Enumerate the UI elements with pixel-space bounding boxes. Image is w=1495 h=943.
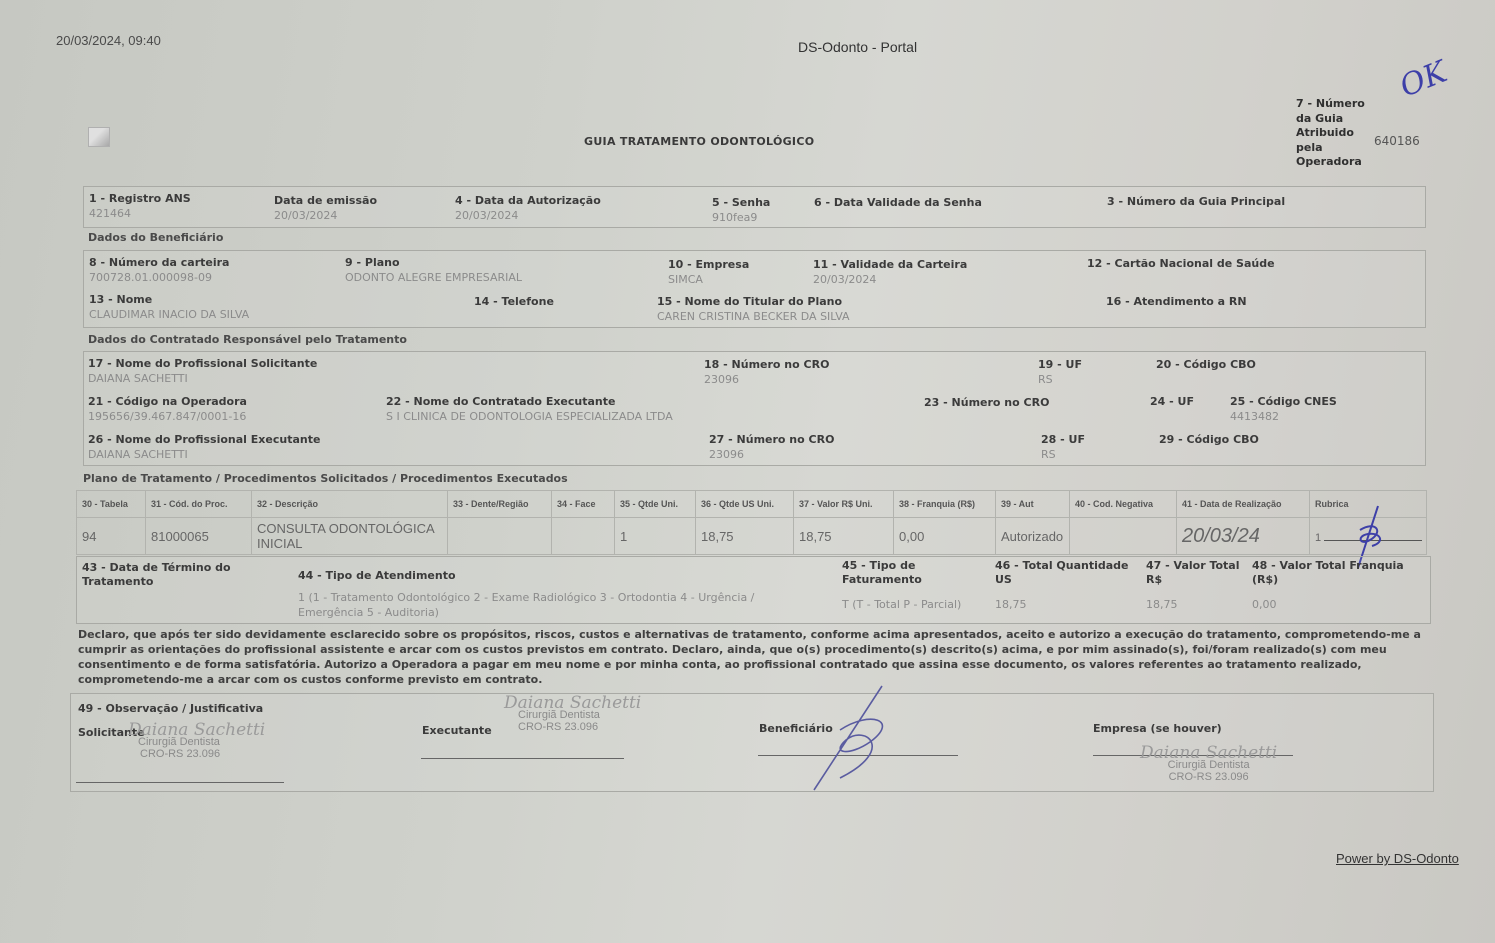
col-codigo: 31 - Cód. do Proc.	[146, 491, 252, 518]
stamp-cro: CRO-RS 23.096	[1140, 771, 1277, 783]
total-quantidade-label: 46 - Total Quantidade US	[995, 559, 1145, 587]
codigo-operadora-label: 21 - Código na Operadora	[88, 395, 247, 408]
contratado-executante-value: S I CLINICA DE ODONTOLOGIA ESPECIALIZADA…	[386, 410, 673, 423]
uf-contratado-label: 24 - UF	[1150, 395, 1194, 408]
data-termino-label-text: 43 - Data de Término do Tratamento	[82, 561, 262, 589]
stamp-name: Daiana Sachetti	[504, 697, 641, 709]
procedimentos-section-title: Plano de Tratamento / Procedimentos Soli…	[83, 472, 568, 485]
carteira-value: 700728.01.000098-09	[89, 271, 212, 284]
solicitante-signature-line	[76, 782, 284, 783]
prof-executante-value: DAIANA SACHETTI	[88, 448, 188, 461]
guia-number-label: 7 - Número da Guia Atribuido pela Operad…	[1296, 97, 1366, 170]
cro-solicitante-label: 18 - Número no CRO	[704, 358, 829, 371]
prof-solicitante-label: 17 - Nome do Profissional Solicitante	[88, 357, 317, 370]
guia-principal-label: 3 - Número da Guia Principal	[1107, 195, 1285, 208]
executante-signature-line	[421, 758, 624, 759]
cbo-executante-label: 29 - Código CBO	[1159, 433, 1259, 446]
solicitante-stamp: Daiana Sachetti Cirurgiã Dentista CRO-RS…	[128, 724, 265, 760]
cell-data-realizacao-handwritten: 20/03/24	[1177, 518, 1310, 555]
cartao-nacional-label: 12 - Cartão Nacional de Saúde	[1087, 257, 1275, 270]
col-aut: 39 - Aut	[996, 491, 1070, 518]
stamp-cro: CRO-RS 23.096	[128, 748, 265, 760]
tipo-atendimento-value: 1 (1 - Tratamento Odontológico 2 - Exame…	[298, 590, 823, 620]
executante-stamp: Daiana Sachetti Cirurgiã Dentista CRO-RS…	[504, 697, 641, 733]
contratado-section-title: Dados do Contratado Responsável pelo Tra…	[88, 333, 407, 346]
print-datetime: 20/03/2024, 09:40	[56, 33, 161, 48]
senha-value: 910fea9	[712, 211, 757, 224]
cro-executante-label: 27 - Número no CRO	[709, 433, 834, 446]
atendimento-rn-label: 16 - Atendimento a RN	[1106, 295, 1247, 308]
col-valor: 37 - Valor R$ Uni.	[794, 491, 894, 518]
col-data-realizacao: 41 - Data de Realização	[1177, 491, 1310, 518]
data-autorizacao-label: 4 - Data da Autorização	[455, 194, 601, 207]
nome-label: 13 - Nome	[89, 293, 152, 306]
col-franquia: 38 - Franquia (R$)	[894, 491, 996, 518]
plano-label: 9 - Plano	[345, 256, 400, 269]
stamp-name: Daiana Sachetti	[128, 724, 265, 736]
cro-executante-value: 23096	[709, 448, 744, 461]
titular-label: 15 - Nome do Titular do Plano	[657, 295, 842, 308]
cell-negativa	[1070, 518, 1177, 555]
cell-descricao: CONSULTA ODONTOLÓGICA INICIAL	[252, 518, 448, 555]
tipo-atendimento-label: 44 - Tipo de Atendimento	[298, 569, 456, 582]
document-title: GUIA TRATAMENTO ODONTOLÓGICO	[584, 135, 814, 148]
valor-total-label: 47 - Valor Total R$	[1146, 559, 1251, 587]
col-qtde: 35 - Qtde Uni.	[615, 491, 696, 518]
cro-solicitante-value: 23096	[704, 373, 739, 386]
portal-title: DS-Odonto - Portal	[798, 39, 917, 55]
broken-image-icon	[88, 127, 110, 147]
registro-ans-label: 1 - Registro ANS	[89, 192, 191, 205]
empresa-value: SIMCA	[668, 273, 703, 286]
carteira-label: 8 - Número da carteira	[89, 256, 229, 269]
valor-total-value: 18,75	[1146, 598, 1178, 611]
validade-carteira-value: 20/03/2024	[813, 273, 876, 286]
plano-value: ODONTO ALEGRE EMPRESARIAL	[345, 271, 522, 284]
empresa-label: 10 - Empresa	[668, 258, 749, 271]
cnes-value: 4413482	[1230, 410, 1279, 423]
col-tabela: 30 - Tabela	[77, 491, 146, 518]
cbo-solicitante-label: 20 - Código CBO	[1156, 358, 1256, 371]
telefone-label: 14 - Telefone	[474, 295, 554, 308]
validade-senha-label: 6 - Data Validade da Senha	[814, 196, 982, 209]
cell-qtde-us: 18,75	[696, 518, 794, 555]
cell-face	[552, 518, 615, 555]
nome-value: CLAUDIMAR INACIO DA SILVA	[89, 308, 249, 321]
cell-qtde: 1	[615, 518, 696, 555]
contratado-executante-label: 22 - Nome do Contratado Executante	[386, 395, 615, 408]
cell-aut: Autorizado	[996, 518, 1070, 555]
col-descricao: 32 - Descrição	[252, 491, 448, 518]
cnes-label: 25 - Código CNES	[1230, 395, 1337, 408]
titular-value: CAREN CRISTINA BECKER DA SILVA	[657, 310, 850, 323]
cell-valor: 18,75	[794, 518, 894, 555]
cell-tabela: 94	[77, 518, 146, 555]
data-emissao-value: 20/03/2024	[274, 209, 337, 222]
data-termino-label: 43 - Data de Término do Tratamento	[82, 561, 262, 589]
declaration-text: Declaro, que após ter sido devidamente e…	[78, 627, 1423, 687]
col-qtde-us: 36 - Qtde US Uni.	[696, 491, 794, 518]
procedures-table: 30 - Tabela 31 - Cód. do Proc. 32 - Desc…	[76, 490, 1427, 555]
stamp-name: Daiana Sachetti	[1140, 747, 1277, 759]
cro-contratado-label: 23 - Número no CRO	[924, 396, 1049, 409]
cell-rubrica: 1	[1310, 518, 1427, 555]
handwritten-ok-annotation: OK	[1395, 54, 1452, 104]
guia-number-value: 640186	[1374, 134, 1420, 148]
col-negativa: 40 - Cod. Negativa	[1070, 491, 1177, 518]
uf-executante-label: 28 - UF	[1041, 433, 1085, 446]
powered-by-link[interactable]: Power by DS-Odonto	[1336, 851, 1459, 866]
col-face: 34 - Face	[552, 491, 615, 518]
data-autorizacao-value: 20/03/2024	[455, 209, 518, 222]
prof-solicitante-value: DAIANA SACHETTI	[88, 372, 188, 385]
validade-carteira-label: 11 - Validade da Carteira	[813, 258, 967, 271]
codigo-operadora-value: 195656/39.467.847/0001-16	[88, 410, 246, 423]
registro-ans-value: 421464	[89, 207, 131, 220]
uf-solicitante-value: RS	[1038, 373, 1053, 386]
col-dente: 33 - Dente/Região	[448, 491, 552, 518]
empresa-stamp: Daiana Sachetti Cirurgiã Dentista CRO-RS…	[1140, 747, 1277, 783]
total-franquia-value: 0,00	[1252, 598, 1277, 611]
beneficiario-signature-scribble-icon	[800, 680, 910, 795]
rubrica-number: 1	[1315, 532, 1321, 544]
senha-label: 5 - Senha	[712, 196, 770, 209]
stamp-cro: CRO-RS 23.096	[504, 721, 641, 733]
total-franquia-label: 48 - Valor Total Franquia (R$)	[1252, 559, 1427, 587]
cell-franquia: 0,00	[894, 518, 996, 555]
total-quantidade-value: 18,75	[995, 598, 1027, 611]
cell-dente	[448, 518, 552, 555]
beneficiario-section-title: Dados do Beneficiário	[88, 231, 223, 244]
table-row: 94 81000065 CONSULTA ODONTOLÓGICA INICIA…	[77, 518, 1427, 555]
tipo-faturamento-value: T (T - Total P - Parcial)	[842, 598, 961, 611]
observacao-label: 49 - Observação / Justificativa	[78, 702, 263, 715]
executante-label: Executante	[422, 724, 492, 737]
uf-executante-value: RS	[1041, 448, 1056, 461]
data-emissao-label: Data de emissão	[274, 194, 377, 207]
prof-executante-label: 26 - Nome do Profissional Executante	[88, 433, 320, 446]
uf-solicitante-label: 19 - UF	[1038, 358, 1082, 371]
tipo-faturamento-label: 45 - Tipo de Faturamento	[842, 559, 952, 587]
procedures-header-row: 30 - Tabela 31 - Cód. do Proc. 32 - Desc…	[77, 491, 1427, 518]
cell-codigo: 81000065	[146, 518, 252, 555]
empresa-label: Empresa (se houver)	[1093, 722, 1222, 735]
